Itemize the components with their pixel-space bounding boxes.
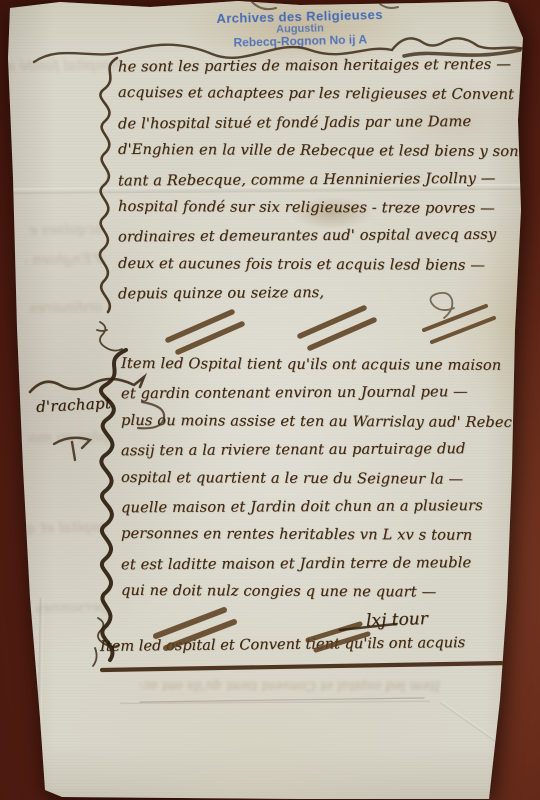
paper-sheet: hospital fondé sur six religieuses - tre… xyxy=(0,0,540,800)
margin-note-flourish-bottom xyxy=(54,438,90,460)
manuscript-page: hospital fondé sur six religieuses - tre… xyxy=(0,0,540,800)
manuscript-line: ospital et quartient a le rue du Seigneu… xyxy=(121,464,540,495)
handwritten-paragraph-1: he sont les parties de maison heritaiges… xyxy=(118,52,534,308)
separator-slashes-2 xyxy=(300,308,374,348)
photo-background: { "colors": { "table_background": "#571f… xyxy=(0,0,540,800)
ink-rule xyxy=(102,663,508,670)
crease-line-horizontal-lower xyxy=(120,699,430,704)
closing-line: Item led ospital et Convent tient qu'ils… xyxy=(100,634,465,655)
margin-note: d'rachapt xyxy=(36,394,112,416)
manuscript-line: ordinaires et demeurantes aud' ospital a… xyxy=(118,221,534,252)
manuscript-line: et gardin contenant environ un Journal p… xyxy=(121,378,540,409)
archive-stamp: Archives des Religieuses Augustin Rebecq… xyxy=(168,7,433,51)
manuscript-line: d'Enghien en la ville de Rebecque et les… xyxy=(118,136,534,167)
bleedthrough-text: hospital fondé sur six religieuses - tre… xyxy=(0,57,120,75)
paragraph-mark-1 xyxy=(97,322,122,351)
amount-note: lxj tour xyxy=(366,609,429,631)
bleedthrough-text: plus ou moins assise et ten au Warrislay… xyxy=(28,429,108,446)
separator-slashes-1 xyxy=(168,312,242,352)
manuscript-line: plus ou moins assise et ten au Warrislay… xyxy=(121,407,540,438)
manuscript-line: quelle maison et Jardin doit chun an a p… xyxy=(121,492,540,523)
manuscript-line: hospital fondé sur six religieuses - tre… xyxy=(118,193,534,224)
separator-slashes-3 xyxy=(424,306,494,342)
crease-line-vertical xyxy=(36,598,43,798)
bleedthrough-text: ordinaires et demeurantes aud' ospital a… xyxy=(30,299,102,316)
corner-fold-crease xyxy=(440,701,540,772)
bleedthrough-text: acquises et achaptees par les religieuse… xyxy=(28,221,103,238)
brace-paragraph-1 xyxy=(100,58,117,312)
manuscript-line: he sont les parties de maison heritaiges… xyxy=(118,51,534,82)
manuscript-line: depuis quinze ou seize ans, xyxy=(118,278,534,309)
bleedthrough-text: d'Enghien en la ville de Rebecque et les… xyxy=(26,251,104,268)
manuscript-line: assij ten a la riviere tenant au partuir… xyxy=(121,435,540,466)
manuscript-line: Item led Ospital tient qu'ils ont acquis… xyxy=(121,350,540,381)
manuscript-line: de l'hospital situé et fondé Jadis par u… xyxy=(118,107,534,138)
manuscript-line: tant a Rebecque, comme a Henninieries Jc… xyxy=(118,164,534,195)
manuscript-line: personnes en rentes heritables vn L xv s… xyxy=(121,520,540,551)
manuscript-line: deux et aucunes fois trois et acquis les… xyxy=(118,250,534,281)
manuscript-line: et est laditte maison et Jardin terre de… xyxy=(121,549,540,580)
bleedthrough-text-bottom: Item led ospital et Convent tient qu'ils… xyxy=(140,678,440,693)
manuscript-line: qui ne doit nulz congies q une ne quart … xyxy=(121,577,540,608)
handwritten-paragraph-2: Item led Ospital tient qu'ils ont acquis… xyxy=(121,351,540,607)
manuscript-line: acquises et achaptees par les religieuse… xyxy=(118,79,534,110)
bleedthrough-text: ospital et quartient a le rue du Seigneu… xyxy=(26,519,106,536)
